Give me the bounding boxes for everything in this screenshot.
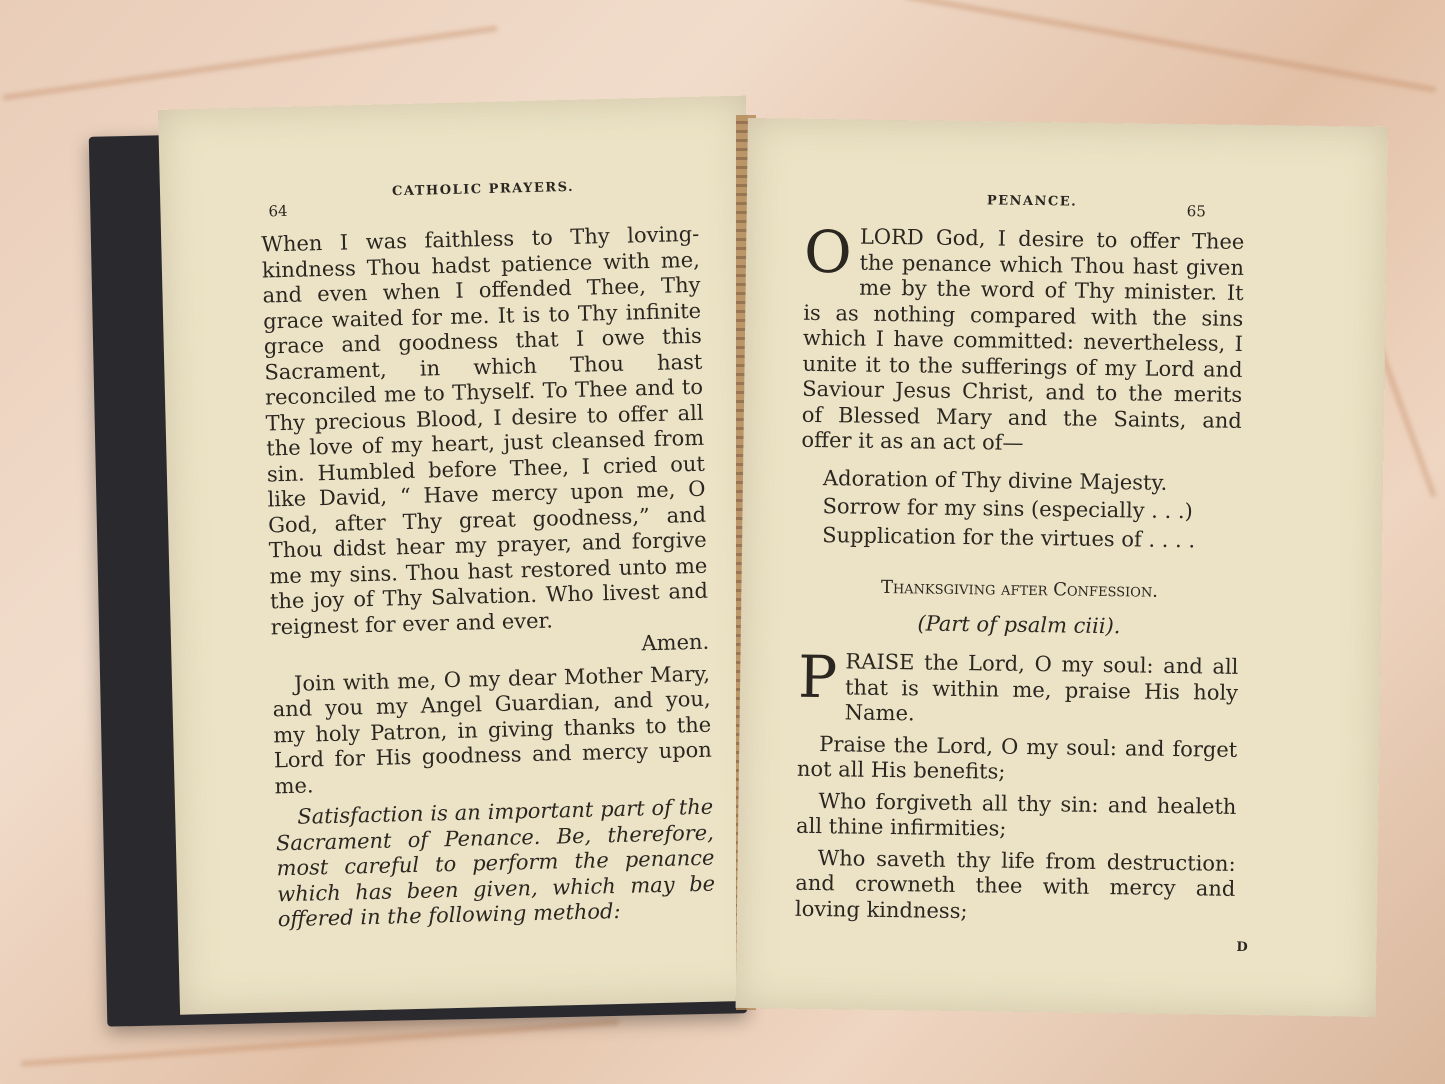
list-item: Adoration of Thy divine Majesty. [823, 466, 1241, 497]
left-page: 64 CATHOLIC PRAYERS. When I was faithles… [158, 96, 768, 1015]
paragraph: When I was faithless to Thy loving-kindn… [261, 222, 709, 641]
page-number: 65 [1187, 202, 1206, 220]
paragraph: Join with me, O my dear Mother Mary, and… [272, 661, 713, 799]
wood-grain [2, 25, 498, 101]
section-title: Thanksgiving after Confession. [799, 574, 1239, 606]
signature-mark: D [1236, 940, 1247, 955]
paragraph: RAISE the Lord, O my soul: and all that … [845, 649, 1239, 725]
verse: Who saveth thy life from destruction: an… [795, 845, 1236, 928]
verse: Praise the Lord, O my soul: and forget n… [797, 731, 1238, 788]
section-subtitle: (Part of psalm ciii). [799, 609, 1239, 641]
page-number: 64 [268, 202, 288, 220]
right-page: PENANCE. 65 OLORD God, I desire to offer… [736, 118, 1388, 1017]
drop-cap: O [804, 228, 852, 277]
list-item: Sorrow for my sins (especially . . .) [822, 494, 1240, 525]
running-header: PENANCE. [987, 193, 1078, 209]
running-header: CATHOLIC PRAYERS. [392, 180, 574, 199]
drop-cap: P [798, 653, 838, 702]
verse: Who forgiveth all thy sin: and healeth a… [796, 788, 1237, 845]
wood-grain [904, 0, 1437, 93]
paragraph: LORD God, I desire to offer Thee the pen… [801, 225, 1244, 455]
rubric: Satisfaction is an important part of the… [275, 795, 716, 933]
list-item: Supplication for the virtues of . . . . [822, 523, 1240, 554]
